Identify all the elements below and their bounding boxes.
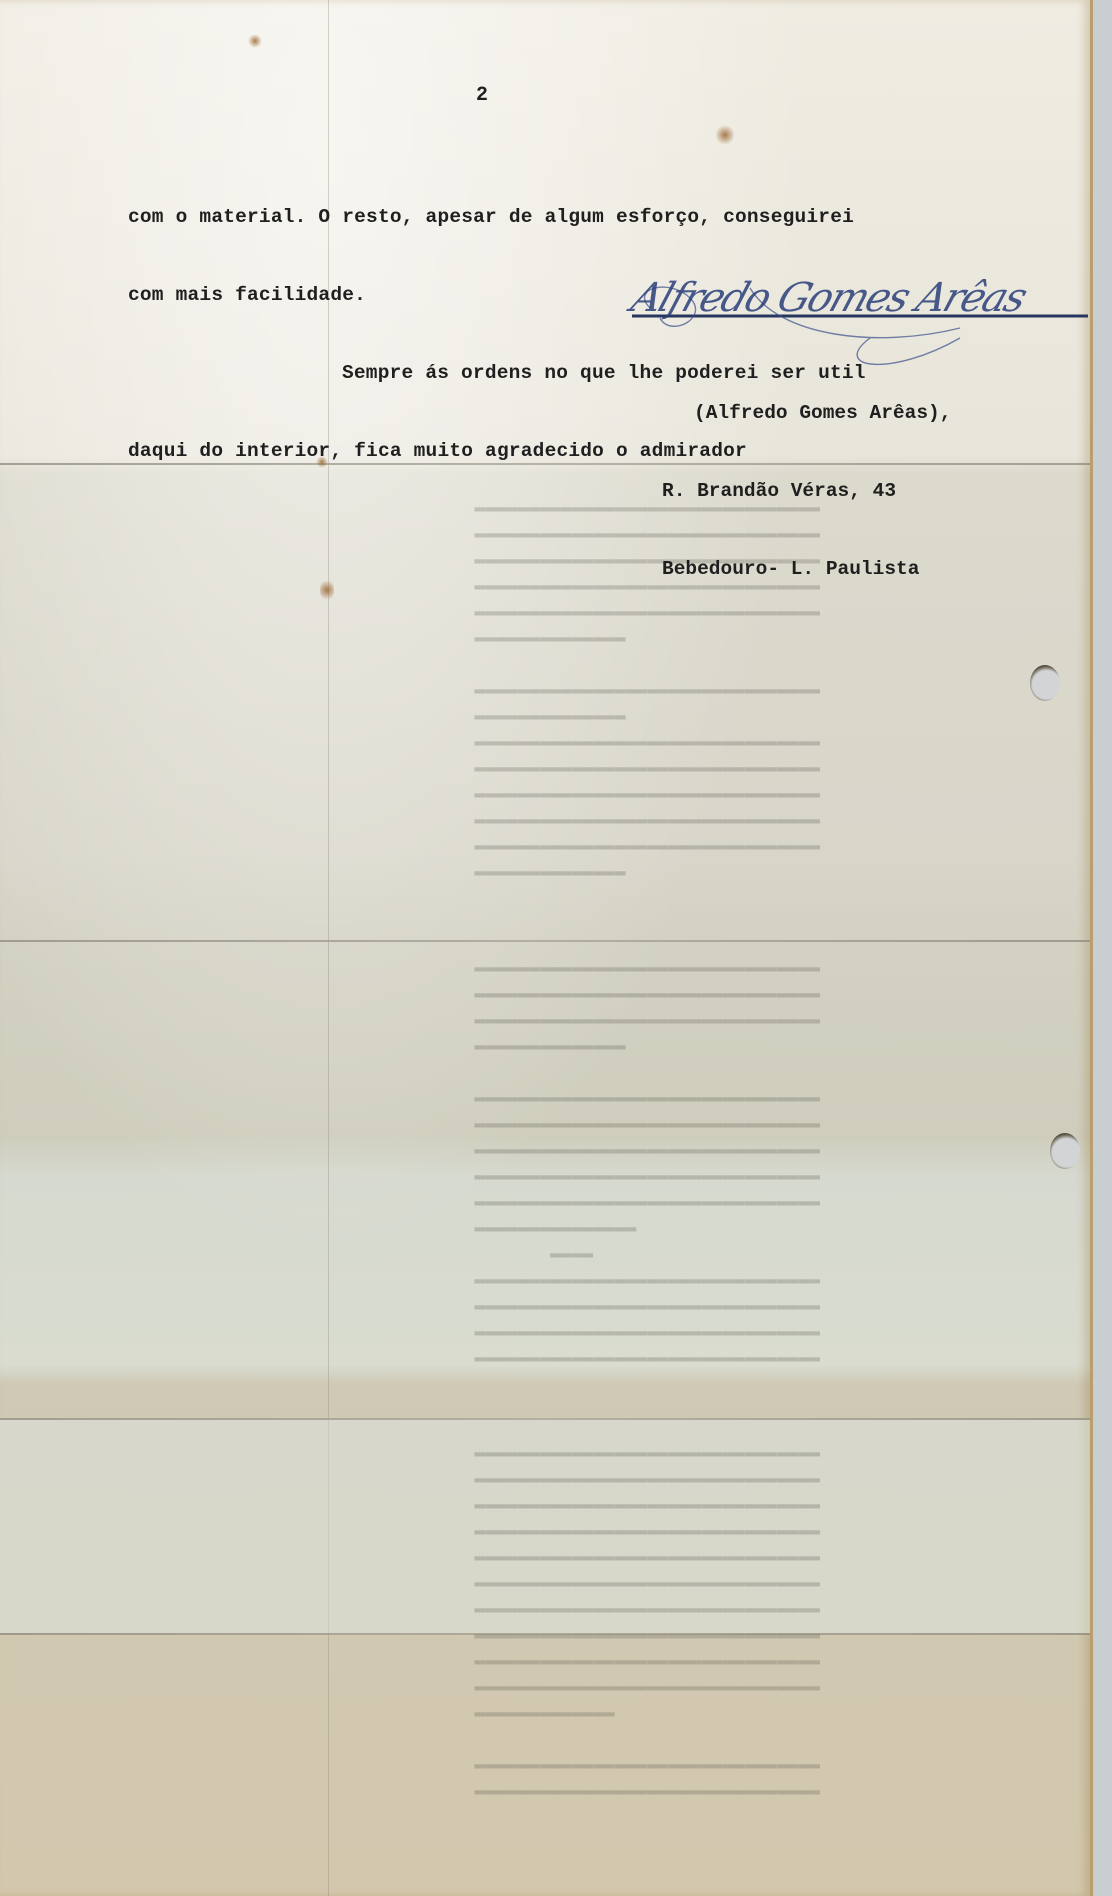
sender-block: (Alfredo Gomes Arêas), R. Brandão Véras,… bbox=[662, 348, 951, 634]
fold-line bbox=[0, 1418, 1090, 1420]
rust-spot bbox=[320, 578, 334, 602]
signature-text: Alfredo Gomes Arêas bbox=[617, 268, 1103, 348]
rust-spot bbox=[248, 34, 262, 48]
handwritten-signature: Alfredo Gomes Arêas bbox=[630, 268, 1090, 348]
bleed-through-text: ▬▬▬▬▬▬▬▬▬▬▬▬▬▬▬▬▬▬▬▬▬▬▬▬▬▬▬▬▬▬▬▬ ▬▬▬▬▬▬▬… bbox=[0, 1440, 820, 1880]
body-line: com o material. O resto, apesar de algum… bbox=[128, 204, 1048, 230]
sender-name: (Alfredo Gomes Arêas), bbox=[662, 400, 951, 426]
letter-page: ▬▬▬▬▬▬▬▬▬▬▬▬▬▬▬▬▬▬▬▬▬▬▬▬▬▬▬▬▬▬▬▬ ▬▬▬▬▬▬▬… bbox=[0, 0, 1093, 1896]
bleed-through-text: ▬▬▬▬▬▬▬▬▬▬▬▬▬▬▬▬▬▬▬▬▬▬▬▬▬▬▬▬▬▬▬▬ ▬▬▬▬▬▬▬… bbox=[0, 955, 820, 1415]
page-number: 2 bbox=[476, 84, 488, 107]
punch-hole bbox=[1050, 1133, 1080, 1169]
punch-hole bbox=[1030, 665, 1060, 701]
sender-address: R. Brandão Véras, 43 bbox=[662, 478, 951, 504]
fold-line bbox=[0, 940, 1090, 942]
rust-spot bbox=[716, 124, 734, 146]
sender-city: Bebedouro- L. Paulista bbox=[662, 556, 951, 582]
